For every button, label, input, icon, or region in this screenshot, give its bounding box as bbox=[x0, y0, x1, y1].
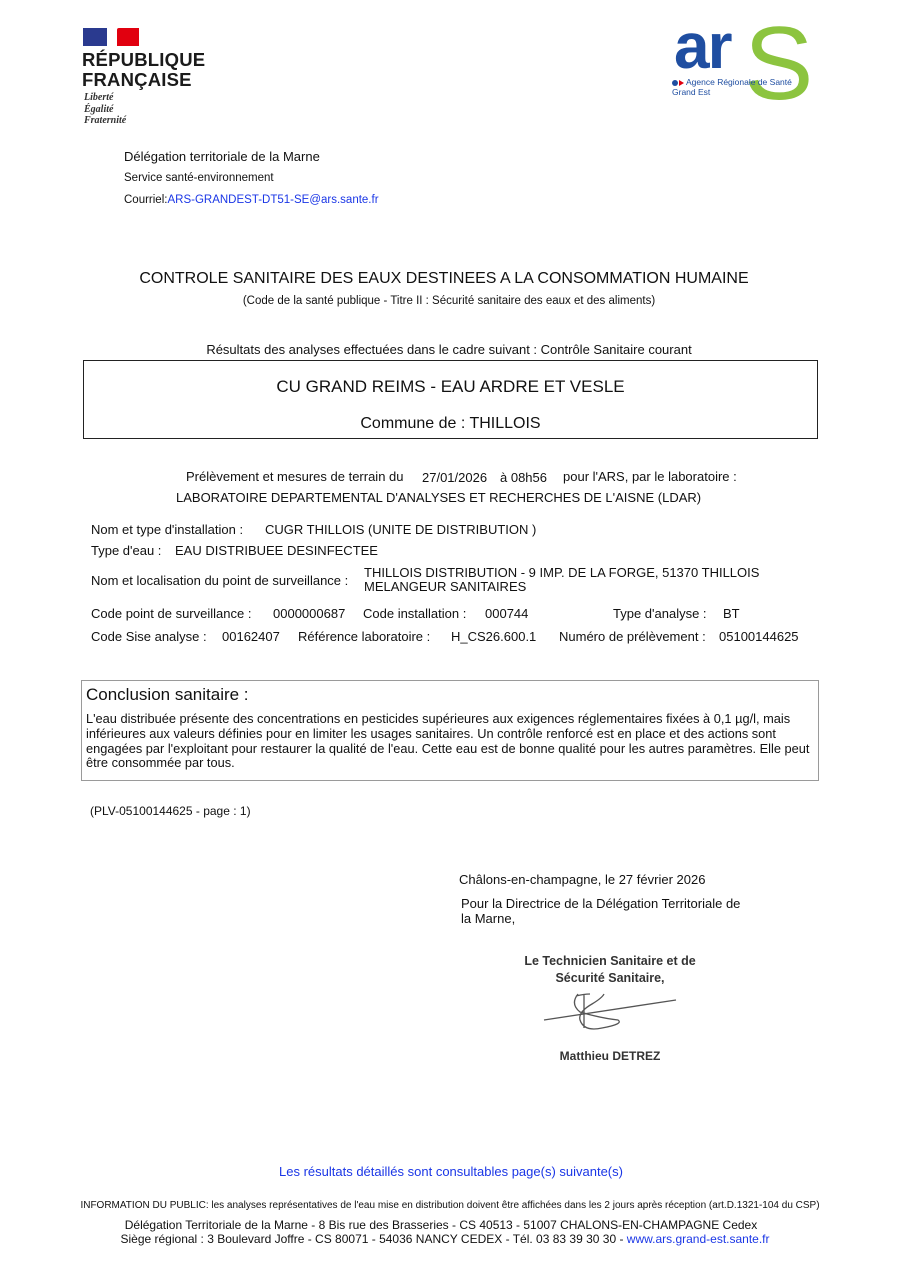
installation-label: Nom et type d'installation : bbox=[91, 522, 243, 537]
conclusion-title: Conclusion sanitaire : bbox=[86, 685, 818, 705]
republique-motto: Liberté Égalité Fraternité bbox=[84, 92, 126, 127]
ars-region: Grand Est bbox=[672, 87, 710, 97]
analysis-context: Résultats des analyses effectuées dans l… bbox=[0, 342, 898, 357]
email-link[interactable]: ARS-GRANDEST-DT51-SE@ars.sante.fr bbox=[167, 194, 378, 206]
ars-agency-name: Agence Régionale de Santé bbox=[686, 77, 792, 87]
rf-line2: FRANÇAISE bbox=[82, 70, 205, 90]
sampling-for: pour l'ARS, par le laboratoire : bbox=[563, 469, 737, 484]
sender-delegation: Délégation territoriale de la Marne bbox=[124, 149, 320, 164]
installation-value: CUGR THILLOIS (UNITE DE DISTRIBUTION ) bbox=[265, 522, 536, 537]
water-type-value: EAU DISTRIBUEE DESINFECTEE bbox=[175, 543, 378, 558]
sender-email-row: Courriel:ARS-GRANDEST-DT51-SE@ars.sante.… bbox=[124, 194, 379, 206]
sise-value: 00162407 bbox=[222, 629, 280, 644]
document-title: CONTROLE SANITAIRE DES EAUX DESTINEES A … bbox=[0, 270, 888, 288]
sample-number-value: 05100144625 bbox=[719, 629, 799, 644]
motto-egalite: Égalité bbox=[84, 104, 126, 116]
signer-title-line1: Le Technicien Sanitaire et de bbox=[500, 953, 720, 970]
surveillance-point-label: Nom et localisation du point de surveill… bbox=[91, 573, 348, 588]
ars-logo-ar: ar bbox=[674, 14, 731, 78]
rf-line1: RÉPUBLIQUE bbox=[82, 50, 205, 70]
email-label: Courriel: bbox=[124, 194, 167, 206]
footer-address-delegation: Délégation Territoriale de la Marne - 8 … bbox=[0, 1218, 882, 1232]
commune-name: Commune de : THILLOIS bbox=[84, 415, 817, 433]
republique-francaise-title: RÉPUBLIQUE FRANÇAISE bbox=[82, 50, 205, 90]
more-results-link[interactable]: Les résultats détaillés sont consultable… bbox=[0, 1164, 900, 1179]
place-date: Châlons-en-champagne, le 27 février 2026 bbox=[459, 872, 705, 887]
surveillance-point-location: MELANGEUR SANITAIRES bbox=[364, 580, 759, 594]
signer-name: Matthieu DETREZ bbox=[500, 1049, 720, 1063]
motto-fraternite: Fraternité bbox=[84, 115, 126, 127]
website-link[interactable]: www.ars.grand-est.sante.fr bbox=[627, 1232, 770, 1246]
public-information: INFORMATION DU PUBLIC: les analyses repr… bbox=[0, 1200, 900, 1211]
lab-ref-label: Référence laboratoire : bbox=[298, 629, 430, 644]
motto-liberte: Liberté bbox=[84, 92, 126, 104]
sise-label: Code Sise analyse : bbox=[91, 629, 207, 644]
footer-address-regional: Siège régional : 3 Boulevard Joffre - CS… bbox=[0, 1232, 890, 1246]
lab-ref-value: H_CS26.600.1 bbox=[451, 629, 536, 644]
network-name: CU GRAND REIMS - EAU ARDRE ET VESLE bbox=[84, 377, 817, 397]
installation-code-value: 000744 bbox=[485, 606, 528, 621]
point-code-label: Code point de surveillance : bbox=[91, 606, 251, 621]
signature-for-line2: la Marne, bbox=[461, 911, 751, 926]
surveillance-point-address: THILLOIS DISTRIBUTION - 9 IMP. DE LA FOR… bbox=[364, 566, 759, 580]
signature-for-line1: Pour la Directrice de la Délégation Terr… bbox=[461, 896, 751, 911]
laboratory-name: LABORATOIRE DEPARTEMENTAL D'ANALYSES ET … bbox=[176, 490, 701, 505]
signer-title: Le Technicien Sanitaire et de Sécurité S… bbox=[500, 953, 720, 987]
analysis-type-label: Type d'analyse : bbox=[613, 606, 707, 621]
network-box: CU GRAND REIMS - EAU ARDRE ET VESLE Comm… bbox=[83, 360, 818, 439]
water-type-label: Type d'eau : bbox=[91, 543, 161, 558]
ars-logo: ar S Agence Régionale de Santé Grand Est bbox=[670, 28, 815, 113]
conclusion-box: Conclusion sanitaire : L'eau distribuée … bbox=[81, 680, 819, 781]
signer-title-line2: Sécurité Sanitaire, bbox=[500, 970, 720, 987]
installation-code-label: Code installation : bbox=[363, 606, 466, 621]
blue-dot-icon bbox=[672, 80, 678, 86]
analysis-type-value: BT bbox=[723, 606, 740, 621]
red-arrow-icon bbox=[679, 80, 684, 86]
regional-address-text: Siège régional : 3 Boulevard Joffre - CS… bbox=[120, 1232, 626, 1246]
handwritten-signature-icon bbox=[540, 990, 680, 1035]
sampling-date: 27/01/2026 bbox=[422, 470, 487, 485]
sampling-time: à 08h56 bbox=[500, 470, 547, 485]
signature-for: Pour la Directrice de la Délégation Terr… bbox=[461, 896, 751, 926]
ars-logo-s: S bbox=[744, 14, 813, 114]
marianne-flag-icon bbox=[83, 28, 139, 46]
sampling-intro: Prélèvement et mesures de terrain du bbox=[186, 469, 404, 484]
conclusion-text: L'eau distribuée présente des concentrat… bbox=[86, 712, 818, 771]
republique-francaise-logo: RÉPUBLIQUE FRANÇAISE Liberté Égalité Fra… bbox=[82, 26, 222, 130]
sender-service: Service santé-environnement bbox=[124, 172, 274, 184]
document-subtitle: (Code de la santé publique - Titre II : … bbox=[0, 295, 898, 307]
surveillance-point-value: THILLOIS DISTRIBUTION - 9 IMP. DE LA FOR… bbox=[364, 566, 759, 594]
signature-image: Le Technicien Sanitaire et de Sécurité S… bbox=[500, 950, 720, 1070]
sample-number-label: Numéro de prélèvement : bbox=[559, 629, 706, 644]
ars-agency-text: Agence Régionale de Santé Grand Est bbox=[672, 77, 792, 97]
page-reference: (PLV-05100144625 - page : 1) bbox=[90, 804, 251, 818]
point-code-value: 0000000687 bbox=[273, 606, 345, 621]
